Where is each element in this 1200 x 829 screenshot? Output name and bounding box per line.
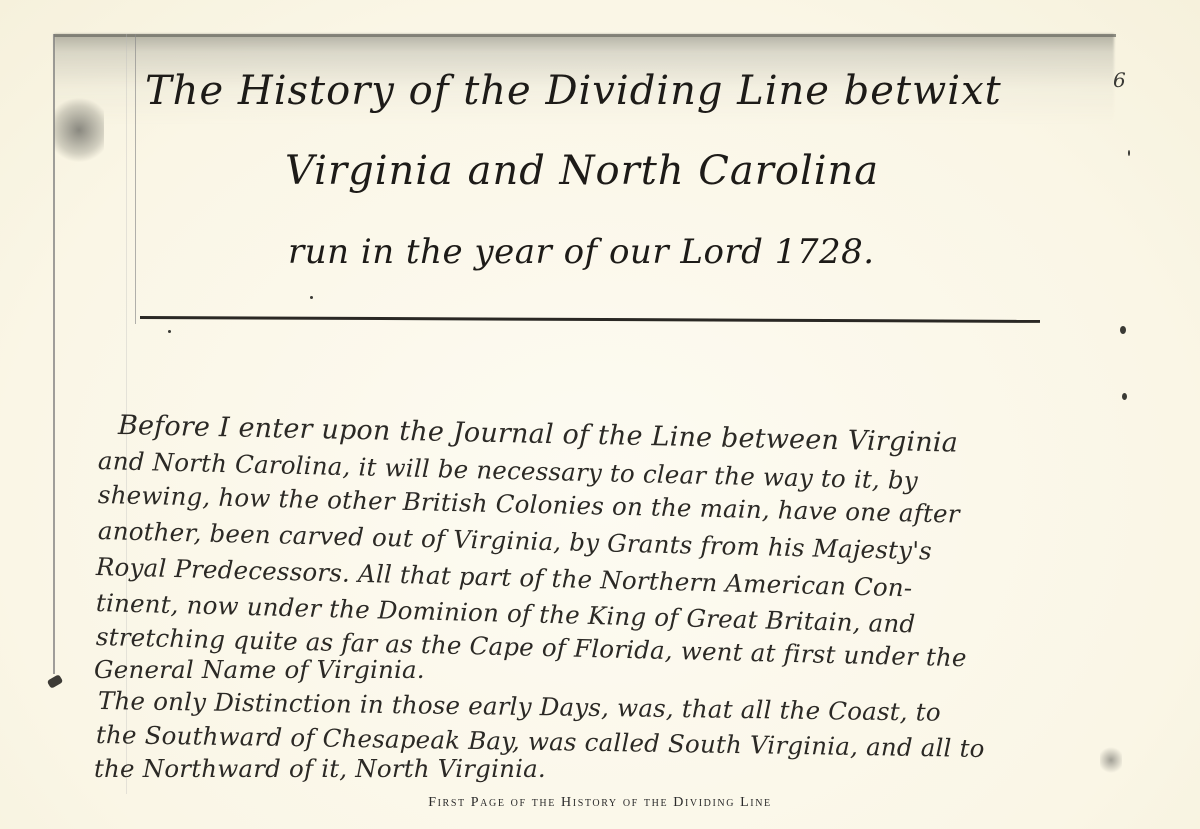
ink-speck <box>168 330 171 333</box>
body-line-8: General Name of Virginia. <box>94 655 425 684</box>
title-line-2: Virginia and North Carolina <box>285 148 879 194</box>
ink-speck <box>1122 393 1127 400</box>
sheet-top-edge <box>54 34 1116 37</box>
title-line-3: run in the year of our Lord 1728. <box>288 232 875 272</box>
left-margin-line-inner <box>135 34 136 324</box>
manuscript-page-number: 6 <box>1113 68 1126 92</box>
body-line-11: the Northward of it, North Virginia. <box>94 754 546 783</box>
left-margin-line-outer <box>53 34 55 674</box>
right-margin-smudge <box>1100 745 1122 775</box>
left-ink-blot <box>54 95 104 165</box>
book-page: 6 The History of the Dividing Line betwi… <box>0 0 1200 829</box>
ink-speck <box>1120 326 1126 334</box>
figure-caption: First Page of the History of the Dividin… <box>0 795 1200 811</box>
ink-speck <box>1128 150 1130 156</box>
ink-speck <box>310 296 313 299</box>
title-line-1: The History of the Dividing Line betwixt <box>145 68 1002 114</box>
